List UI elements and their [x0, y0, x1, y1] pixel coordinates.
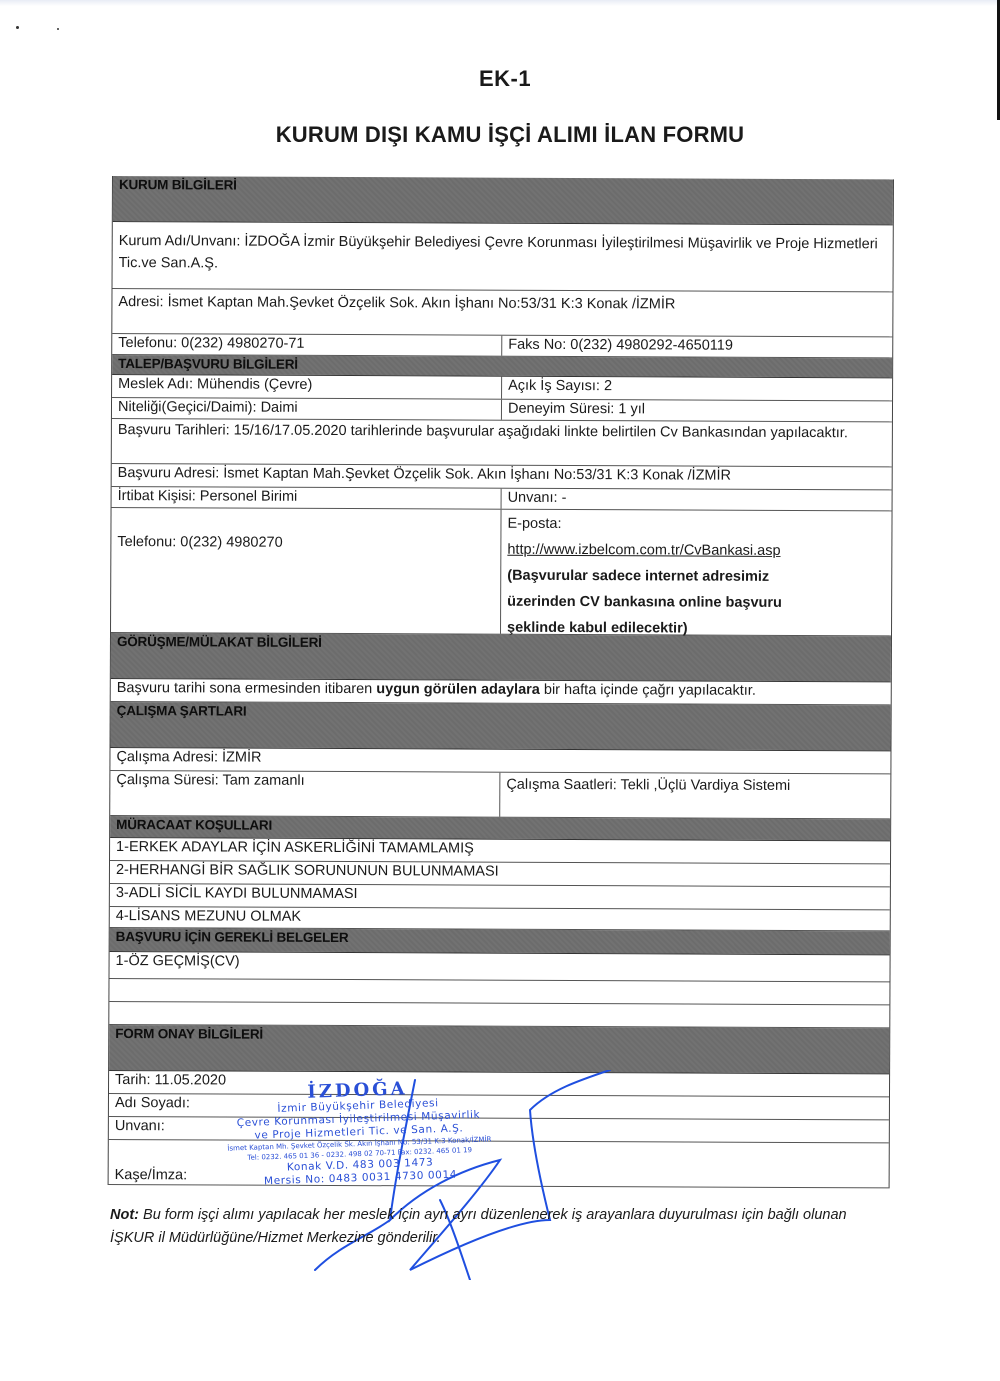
contact-email-cell: E-posta: http://www.izbelcom.com.tr/CvBa…: [501, 510, 892, 636]
institution-address: Adresi: İsmet Kaptan Mah.Şevket Özçelik …: [112, 289, 892, 336]
email-label: E-posta:: [507, 511, 885, 539]
note-label: Not:: [110, 1207, 139, 1223]
document-item: [109, 1002, 889, 1027]
job-posting-form: KURUM BİLGİLERİ Kurum Adı/Unvanı: İZDOĞA…: [108, 176, 894, 1188]
document-code: EK-1: [0, 66, 1000, 92]
work-hours: Çalışma Saatleri: Tekli ,Üçlü Vardiya Si…: [500, 773, 890, 819]
condition-row: 2-HERHANGİ BİR SAĞLIK SORUNUNUN BULUNMAM…: [110, 861, 890, 887]
job-nature: Niteliği(Geçici/Daimi): Daimi: [112, 398, 502, 420]
scan-top-tint: [0, 0, 1000, 6]
document-title: KURUM DIŞI KAMU İŞÇİ ALIMI İLAN FORMU: [0, 122, 1000, 148]
document-row: [109, 1002, 889, 1028]
footer-note: Not: Bu form işçi alımı yapılacak her me…: [110, 1204, 890, 1250]
contact-person: İrtibat Kişisi: Personel Birimi: [112, 487, 502, 509]
interview-info-row: Başvuru tarihi sona ermesinden itibaren …: [111, 679, 891, 705]
document-row: [109, 979, 889, 1005]
institution-name-row: Kurum Adı/Unvanı: İZDOĞA İzmir Büyükşehi…: [113, 222, 893, 292]
work-address-row: Çalışma Adresi: İZMİR: [110, 748, 890, 774]
condition-row: 1-ERKEK ADAYLAR İÇİN ASKERLİĞİNİ TAMAMLA…: [110, 838, 890, 864]
section-required-documents: BAŞVURU İÇİN GEREKLİ BELGELER: [110, 928, 890, 955]
application-dates: Başvuru Tarihleri: 15/16/17.05.2020 tari…: [112, 419, 892, 466]
note-text: Bu form işçi alımı yapılacak her meslek …: [110, 1207, 847, 1246]
scan-speck: [16, 26, 19, 29]
occupation-name: Meslek Adı: Mühendis (Çevre): [112, 375, 502, 399]
application-address: Başvuru Adresi: İsmet Kaptan Mah.Şevket …: [112, 464, 892, 489]
cv-bank-link[interactable]: http://www.izbelcom.com.tr/CvBankasi.asp: [507, 537, 885, 565]
institution-phone: Telefonu: 0(232) 4980270-71: [112, 334, 502, 356]
interview-text-end: bir hafta içinde çağrı yapılacaktır.: [540, 682, 756, 699]
document-row: 1-ÖZ GEÇMİŞ(CV): [109, 952, 889, 982]
open-positions: Açık İş Sayısı: 2: [502, 377, 892, 401]
occupation-row: Meslek Adı: Mühendis (Çevre) Açık İş Say…: [112, 375, 892, 401]
scan-speck: [57, 28, 59, 30]
contact-title: Unvanı: -: [502, 489, 892, 511]
contact-details-row: Telefonu: 0(232) 4980270 E-posta: http:/…: [111, 508, 892, 636]
institution-name: Kurum Adı/Unvanı: İZDOĞA İzmir Büyükşehi…: [113, 222, 893, 291]
contact-phone: Telefonu: 0(232) 4980270: [111, 508, 502, 634]
interview-info: Başvuru tarihi sona ermesinden itibaren …: [111, 679, 891, 704]
section-institution-info: KURUM BİLGİLERİ: [113, 176, 893, 225]
interview-text: Başvuru tarihi sona ermesinden itibaren: [117, 680, 377, 697]
interview-text-emphasis: uygun görülen adaylara: [376, 681, 540, 698]
condition-item: 3-ADLİ SİCİL KAYDI BULUNMAMASI: [110, 884, 890, 909]
condition-item: 2-HERHANGİ BİR SAĞLIK SORUNUNUN BULUNMAM…: [110, 861, 890, 886]
institution-fax: Faks No: 0(232) 4980292-4650119: [502, 336, 892, 358]
institution-address-row: Adresi: İsmet Kaptan Mah.Şevket Özçelik …: [112, 289, 892, 337]
experience-required: Deneyim Süresi: 1 yıl: [502, 400, 892, 422]
application-dates-row: Başvuru Tarihleri: 15/16/17.05.2020 tari…: [112, 419, 892, 467]
condition-row: 3-ADLİ SİCİL KAYDI BULUNMAMASI: [110, 884, 890, 910]
work-address: Çalışma Adresi: İZMİR: [110, 748, 890, 773]
company-stamp: İZDOĞA İzmir Büyükşehir Belediyesi Çevre…: [212, 1077, 505, 1190]
work-schedule-row: Çalışma Süresi: Tam zamanlı Çalışma Saat…: [110, 771, 890, 819]
section-working-conditions: ÇALIŞMA ŞARTLARI: [111, 702, 891, 751]
condition-item: 4-LİSANS MEZUNU OLMAK: [110, 907, 890, 930]
condition-item: 1-ERKEK ADAYLAR İÇİN ASKERLİĞİNİ TAMAMLA…: [110, 838, 890, 863]
online-application-note: (Başvurular sadece internet adresimiz üz…: [507, 563, 837, 642]
document-item: 1-ÖZ GEÇMİŞ(CV): [110, 952, 890, 981]
section-form-approval: FORM ONAY BİLGİLERİ: [109, 1025, 889, 1074]
work-duration: Çalışma Süresi: Tam zamanlı: [110, 771, 500, 817]
application-address-row: Başvuru Adresi: İsmet Kaptan Mah.Şevket …: [112, 464, 892, 490]
document-item: [109, 979, 889, 1004]
